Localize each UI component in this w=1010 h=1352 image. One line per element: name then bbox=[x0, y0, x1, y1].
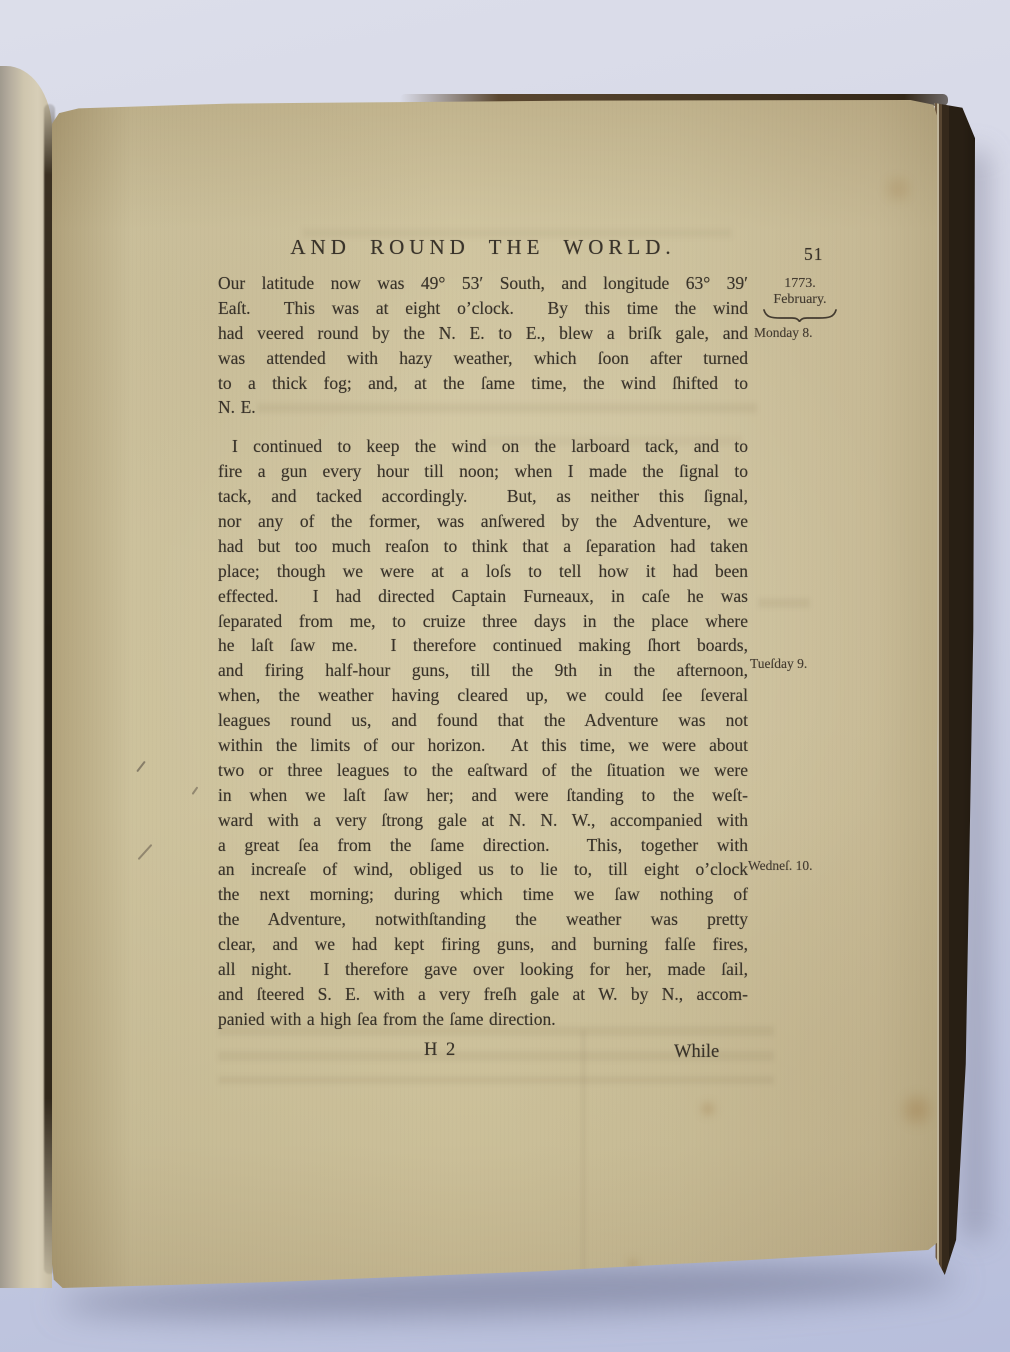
body-text-column: Our latitude now was 49° 53′ South, and … bbox=[218, 271, 748, 1032]
text-line: he laſt ſaw me. I therefore continued ma… bbox=[218, 633, 748, 658]
text-line: a great ſea from the ſame direction. Thi… bbox=[218, 833, 748, 858]
text-line: N. E. bbox=[218, 395, 748, 420]
margin-note-day: Monday 8. bbox=[752, 325, 848, 341]
text-line: when, the weather having cleared up, we … bbox=[218, 683, 748, 708]
book-page: AND ROUND THE WORLD. 51 Our latitude now… bbox=[52, 100, 937, 1288]
text-line: was attended with hazy weather, which ſo… bbox=[218, 346, 748, 371]
margin-note-year: 1773. bbox=[752, 276, 848, 292]
margin-note-date: 1773. February. Monday 8. bbox=[752, 276, 848, 341]
signature-mark: H 2 bbox=[424, 1040, 457, 1061]
paper-scratch bbox=[136, 761, 146, 772]
foxing-spot bbox=[698, 1100, 718, 1118]
paragraph: I continued to keep the wind on the larb… bbox=[218, 434, 748, 1031]
text-line: the Adventure, notwithſtanding the weath… bbox=[218, 907, 748, 932]
margin-note-month: February. bbox=[752, 292, 848, 308]
text-line: tack, and tacked accordingly. But, as ne… bbox=[218, 484, 748, 509]
text-line: leagues round us, and found that the Adv… bbox=[218, 708, 748, 733]
text-line: I continued to keep the wind on the larb… bbox=[218, 434, 748, 459]
foxing-spot bbox=[896, 1090, 938, 1130]
show-through-ghost bbox=[758, 598, 810, 612]
text-line: fire a gun every hour till noon; when I … bbox=[218, 459, 748, 484]
text-line: clear, and we had kept firing guns, and … bbox=[218, 932, 748, 957]
text-line: within the limits of our horizon. At thi… bbox=[218, 733, 748, 758]
text-line: Eaſt. This was at eight o’clock. By this… bbox=[218, 296, 748, 321]
text-line: panied with a high ſea from the ſame dir… bbox=[218, 1007, 748, 1032]
text-line: nor any of the former, was anſwered by t… bbox=[218, 509, 748, 534]
foxing-spot bbox=[878, 174, 918, 204]
text-line: effected. I had directed Captain Furneau… bbox=[218, 584, 748, 609]
text-line: Our latitude now was 49° 53′ South, and … bbox=[218, 271, 748, 296]
running-head-title: AND ROUND THE WORLD. bbox=[218, 235, 748, 260]
margin-note-wednesday: Wedneſ. 10. bbox=[748, 858, 813, 874]
text-line: ſeparated from me, to cruize three days … bbox=[218, 609, 748, 634]
text-line: had veered round by the N. E. to E., ble… bbox=[218, 321, 748, 346]
text-line: all night. I therefore gave over looking… bbox=[218, 957, 748, 982]
book-photo: AND ROUND THE WORLD. 51 Our latitude now… bbox=[0, 0, 1010, 1352]
text-line: in when we laſt ſaw her; and were ſtandi… bbox=[218, 783, 748, 808]
text-line: to a thick fog; and, at the ſame time, t… bbox=[218, 371, 748, 396]
page-number: 51 bbox=[804, 244, 824, 265]
text-line: an increaſe of wind, obliged us to lie t… bbox=[218, 857, 748, 882]
paragraph: Our latitude now was 49° 53′ South, and … bbox=[218, 271, 748, 420]
text-line: two or three leagues to the eaſtward of … bbox=[218, 758, 748, 783]
margin-note-tuesday: Tueſday 9. bbox=[750, 656, 807, 672]
date-brace-icon bbox=[752, 308, 848, 322]
text-line: the next morning; during which time we ſ… bbox=[218, 882, 748, 907]
text-line: and ſteered S. E. with a very freſh gale… bbox=[218, 982, 748, 1007]
catchword: While bbox=[674, 1042, 719, 1063]
text-line: ward with a very ſtrong gale at N. N. W.… bbox=[218, 808, 748, 833]
paper-scratch bbox=[138, 844, 153, 860]
text-line: place; though we were at a loſs to tell … bbox=[218, 559, 748, 584]
text-line: and firing half-hour guns, till the 9th … bbox=[218, 658, 748, 683]
paper-scratch bbox=[192, 786, 198, 794]
text-line: had but too much reaſon to think that a … bbox=[218, 534, 748, 559]
